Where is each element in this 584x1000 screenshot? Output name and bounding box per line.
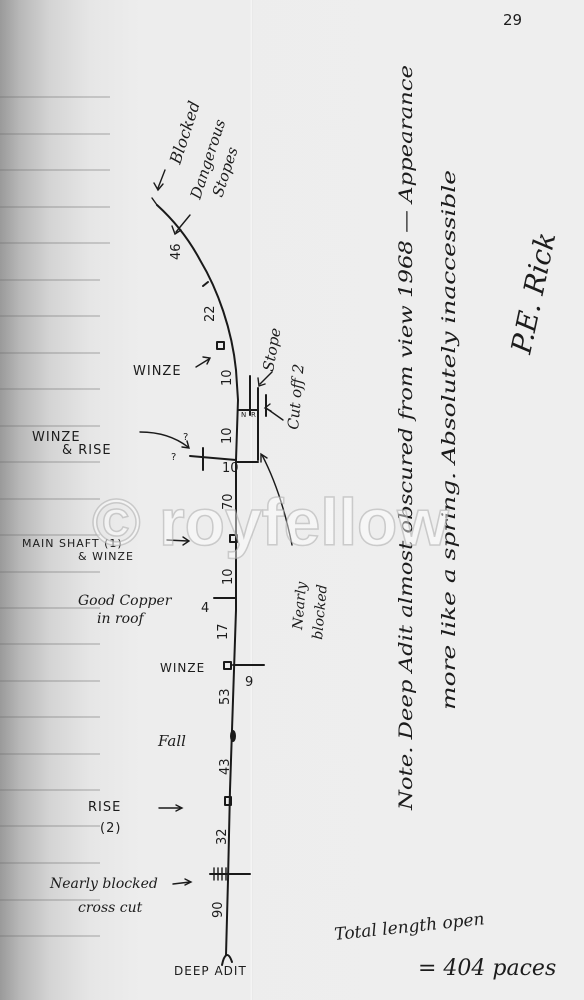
label-good-copper-2: in roof [97,611,146,627]
svg-text:10: 10 [221,568,236,585]
label-blocked: Blocked [165,99,203,168]
note-line-1: Note. Deep Adit almost obscured from vie… [395,65,417,811]
svg-text:43: 43 [218,758,233,775]
label-fall: Fall [157,732,186,750]
segment-distances: 46 22 10 10 70 10 17 53 43 32 90 [169,243,236,918]
unknown-mark-1: ? [183,432,188,443]
page-number: 29 [503,11,522,29]
cutoff-mark-r: R [251,411,256,419]
label-stope: Stope [259,326,284,372]
label-nearly-blocked-right-2: blocked [310,584,331,641]
label-rise-2b: (2) [100,821,121,836]
label-rise-2a: RISE [88,800,121,815]
cutoff-mark-n: N [241,411,246,419]
svg-text:90: 90 [211,901,226,918]
winze-branch-distance: 9 [245,675,253,690]
total-length-line-2: = 404 paces [418,956,556,981]
label-nearly-blocked-right-1: Nearly [290,580,310,631]
signature: P.E. Rick [504,229,562,357]
svg-text:46: 46 [169,243,184,260]
label-cut-off: Cut off 2 [284,363,308,430]
rise-2-marker [225,797,231,805]
label-good-copper-1: Good Copper [78,593,173,609]
svg-text:17: 17 [216,623,231,640]
label-winze-lower: WINZE [160,661,205,675]
note-line-2: more like a spring. Absolutely inaccessi… [438,170,460,710]
label-deep-adit: DEEP ADIT [174,964,247,978]
unknown-mark-2: ? [171,452,176,463]
svg-text:22: 22 [203,305,218,322]
crosscut-distance: 4 [201,601,209,616]
svg-text:10: 10 [220,427,235,444]
svg-text:32: 32 [215,828,230,845]
label-winze-rise-2: & RISE [62,443,112,458]
svg-text:53: 53 [218,688,233,705]
label-nearly-blocked-2: cross cut [78,900,143,916]
label-nearly-blocked-1: Nearly blocked [49,876,158,892]
label-winze-top: WINZE [133,364,182,379]
total-length-line-1: Total length open [333,909,485,945]
winze-rise-distance: 10 [222,461,239,476]
mine-plan-diagram: 29 Blocked Dangerous Stopes 46 22 10 10 … [0,0,584,1000]
winze-top-marker [217,342,224,349]
fall-marker [230,730,236,742]
winze-lower-marker [224,662,231,669]
copyright-watermark: © royfellow [92,485,449,559]
svg-text:10: 10 [220,369,235,386]
